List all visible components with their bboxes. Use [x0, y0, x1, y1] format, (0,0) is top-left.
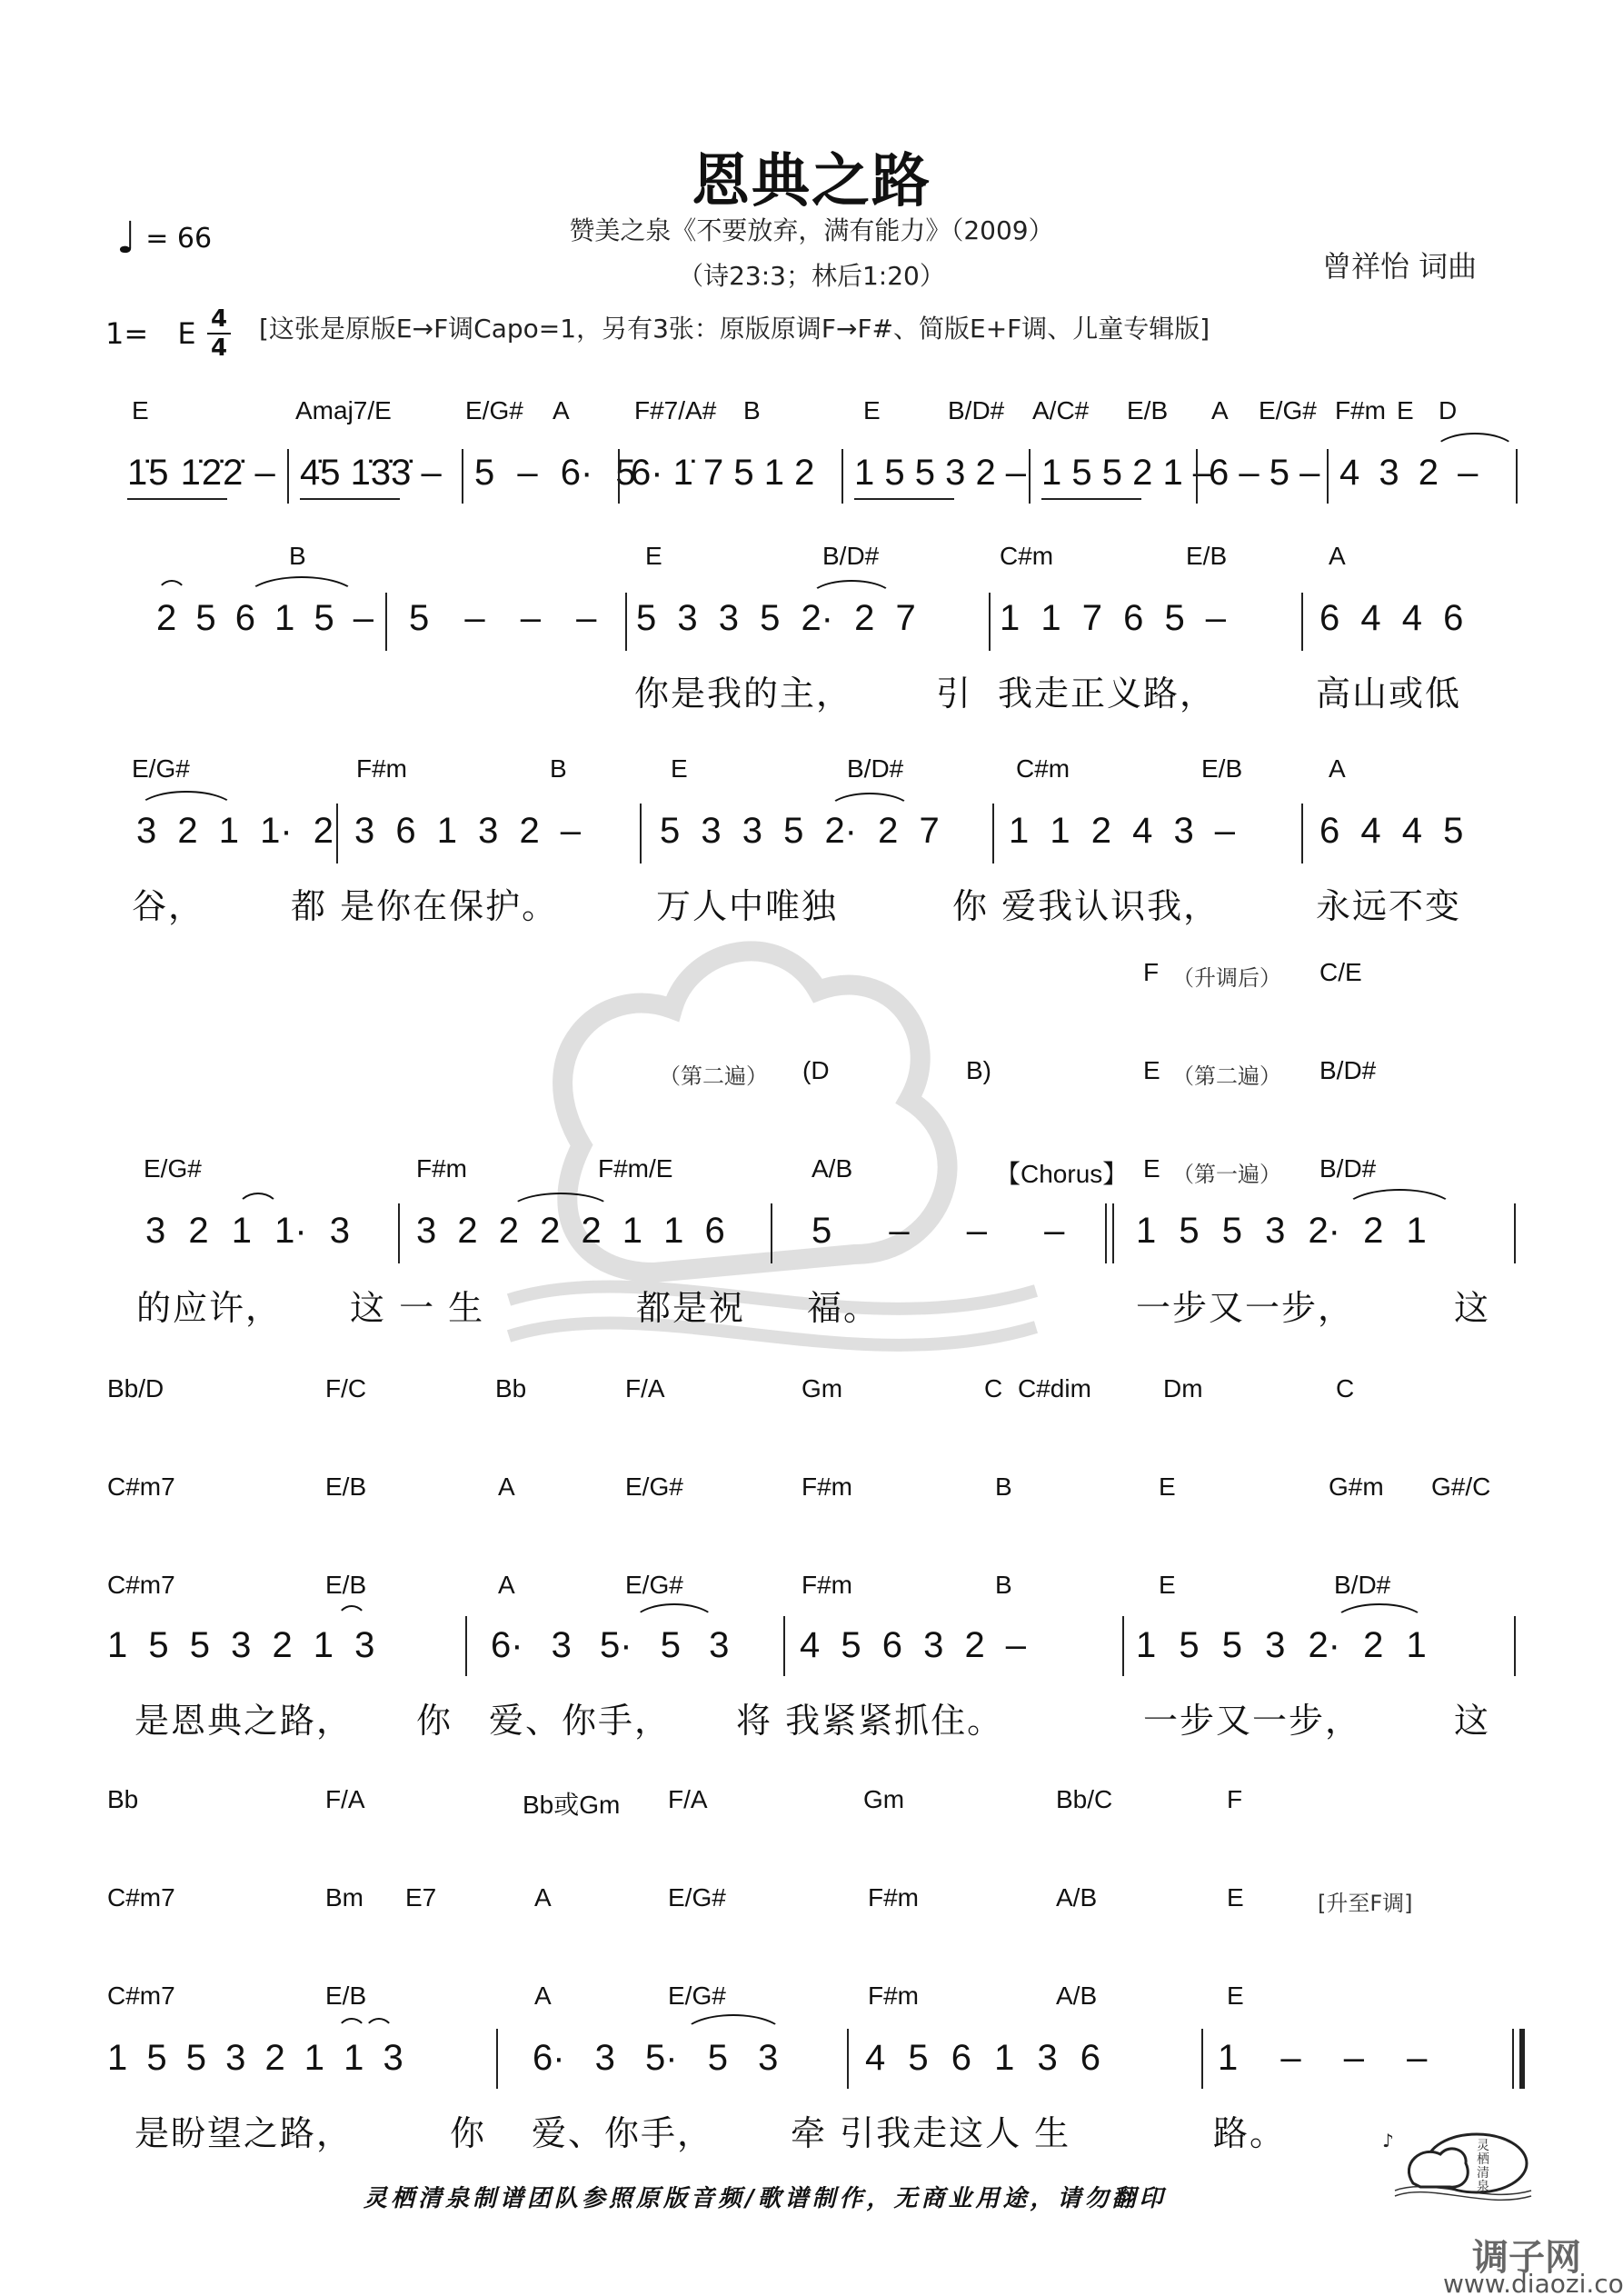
barline [385, 593, 387, 651]
alt-chord: Bb/C [1056, 1785, 1112, 1814]
chord: B [550, 754, 567, 784]
alt-chord: Gm [863, 1785, 904, 1814]
staff-row-4: 3 2 1 1· 3 3 2 2 2 2 1 1 6 5 – – – 1 5 5… [0, 1209, 1623, 1291]
barline [847, 2029, 849, 2089]
album-info: 赞美之泉《不要放弃，满有能力》（2009） [0, 211, 1623, 247]
barline [783, 1616, 785, 1676]
alt-chord: F [1227, 1785, 1242, 1814]
chord: C#m [1000, 542, 1053, 571]
lyric: 你 爱我认识我， [952, 878, 1220, 928]
lyric: 一步又一步， [1136, 1280, 1354, 1330]
chord: A [553, 396, 570, 425]
chord: B [743, 396, 761, 425]
barline [496, 2029, 498, 2089]
alt-chord-note: （第一遍） [1172, 1156, 1281, 1188]
measure: 2 5 6 1 5 – [156, 596, 373, 640]
lyric: 永远不变 [1316, 878, 1461, 928]
barline [1301, 804, 1303, 863]
barline [1196, 449, 1198, 504]
alt-chord: F [1143, 958, 1159, 987]
alt-chord: F#m [802, 1472, 852, 1502]
barline [1105, 1203, 1107, 1263]
chord: E [1397, 396, 1414, 425]
chord: E/B [1127, 396, 1168, 425]
alt-chord: F/C [325, 1374, 366, 1403]
footer-credit: 灵栖清泉制谱团队参照原版音频/歌谱制作，无商业用途，请勿翻印 [363, 2180, 1167, 2213]
chord: F#m [1335, 396, 1386, 425]
site-watermark-url: www.diaozi.com [1443, 2269, 1623, 2296]
alt-chord: Dm [1163, 1374, 1203, 1403]
chord: B/D# [1319, 1154, 1376, 1183]
measure: 6· 3 5· 5 3 [491, 1623, 729, 1667]
chord: E [645, 542, 662, 571]
tie-arc [156, 580, 187, 596]
measure: 3 2 1 1· 2 [136, 809, 334, 853]
chord: A [534, 1982, 552, 2011]
chord: A/C# [1032, 396, 1089, 425]
measure: 1 5 5 3 2 1 3 [107, 1623, 374, 1667]
tie-arc [632, 1603, 717, 1623]
chord: F#m [868, 1982, 919, 2011]
chord: C#m7 [107, 1571, 175, 1600]
chord: E [1143, 1154, 1160, 1183]
alt-chord: E [1227, 1883, 1244, 1912]
tie-arc [363, 2018, 394, 2034]
chord: E/G# [465, 396, 523, 425]
lyric: 都是祝 [636, 1280, 745, 1330]
final-barline-thick [1519, 2029, 1525, 2089]
alt-chord-note: （第二遍） [1172, 1058, 1281, 1090]
measure: 1 5 5 3 2· 2 1 [1136, 1623, 1427, 1667]
measure: 1 1 2 4 3 – [1009, 809, 1235, 853]
alt-chord: Gm [802, 1374, 842, 1403]
alt-chord: E7 [405, 1883, 436, 1912]
chord: E/B [325, 1982, 366, 2011]
measure: 1 5 5 3 2 1 1 3 [107, 2036, 403, 2080]
alt-chord: B [995, 1472, 1012, 1502]
measure: 6· 3 5· 5 3 [533, 2036, 778, 2080]
lyric: 这 [1454, 1280, 1490, 1330]
key-value: E [177, 316, 195, 351]
chord: A [1329, 754, 1346, 784]
chord: E/B [1186, 542, 1227, 571]
tie-arc [1432, 433, 1518, 453]
measure: 5 – 6· 5 [474, 451, 636, 494]
time-signature: 4 4 [207, 307, 231, 360]
alt-chord: G#/C [1431, 1472, 1490, 1502]
barline [618, 449, 620, 504]
alt-chord: E/G# [668, 1883, 726, 1912]
barline [640, 804, 642, 863]
alt-chord: A/B [1056, 1883, 1097, 1912]
barline [1201, 2029, 1203, 2089]
beam-underline [854, 498, 954, 500]
lyric: 我走正义路， [998, 665, 1216, 715]
barline [336, 804, 338, 863]
measure: 1 1 7 6 5 – [1000, 596, 1226, 640]
alt-chord: B/D# [1319, 1056, 1376, 1085]
chord: B/D# [1334, 1571, 1390, 1600]
lyric: 你 [416, 1692, 453, 1742]
sheep-logo-icon: ♪ [1377, 2127, 1540, 2209]
time-numerator: 4 [211, 305, 227, 333]
lyric: 这 [1454, 1692, 1490, 1742]
chord: F#m [416, 1154, 467, 1183]
chord: C#m7 [107, 1982, 175, 2011]
chord: E/G# [132, 754, 190, 784]
lyric: 都 是你在保护。 [291, 878, 558, 928]
chord: B [995, 1571, 1012, 1600]
chord: B/D# [948, 396, 1004, 425]
alt-chord: B) [966, 1056, 991, 1085]
chord: E [671, 754, 688, 784]
alt-chord: E/G# [625, 1472, 683, 1502]
chord: A [1211, 396, 1229, 425]
chord: E/G# [144, 1154, 202, 1183]
measure: 6· 1̇ 7 5 1 2 [631, 451, 814, 494]
lyric: 是盼望之路， [134, 2105, 353, 2155]
chord: E/G# [668, 1982, 726, 2011]
logo-text: 灵栖清泉 [1477, 2140, 1495, 2194]
barline [1327, 449, 1329, 504]
version-note: [这张是原版E→F调Capo=1，另有3张：原版原调F→F#、简版E+F调、儿童… [259, 309, 1210, 345]
lyric: 福。 [807, 1280, 880, 1330]
measure: 1 – – – [1218, 2036, 1427, 2080]
barline [1029, 449, 1031, 504]
tie-arc [336, 1605, 367, 1622]
tie-arc [682, 2014, 785, 2036]
tempo-value: = 66 [145, 223, 212, 255]
tie-arc [809, 580, 894, 598]
barline [841, 449, 843, 504]
alt-chord: Bb [495, 1374, 526, 1403]
lyric: 你 [450, 2105, 486, 2155]
barline [1514, 1616, 1516, 1676]
alt-chord: (D [802, 1056, 830, 1085]
chord: E [863, 396, 881, 425]
tie-arc [1343, 1189, 1456, 1211]
lyric: 爱、你手， [532, 2105, 713, 2155]
section-label-chorus: 【Chorus】 [995, 1154, 1128, 1191]
alt-chord-note: （第二遍） [659, 1058, 768, 1090]
lyric: 万人中唯独 [656, 878, 838, 928]
measure: 4 3 2 – [1339, 451, 1478, 494]
measure: 1̇5 1̇2̇2̇ – [127, 451, 276, 494]
chord: B/D# [847, 754, 903, 784]
chord: A/B [811, 1154, 852, 1183]
tie-arc [336, 2018, 367, 2034]
alt-chord: Bm [325, 1883, 363, 1912]
alt-chord-note: （升调后） [1172, 960, 1281, 992]
lingqi-logo: ♪ 灵栖清泉 [1377, 2127, 1540, 2209]
alt-chord: A [534, 1883, 552, 1912]
chord: F#7/A# [634, 396, 716, 425]
barline [625, 593, 627, 651]
final-barline-thin [1512, 2029, 1514, 2089]
measure: 6 4 4 6 [1319, 596, 1463, 640]
measure: 4̇5 1̇3̇3̇ – [300, 451, 442, 494]
measure: 5 3 3 5 2· 2 7 [660, 809, 940, 853]
measure: 5 3 3 5 2· 2 7 [636, 596, 916, 640]
chord: C#m [1016, 754, 1070, 784]
barline [992, 804, 994, 863]
beam-underline [300, 498, 400, 500]
barline [1301, 593, 1303, 651]
measure: 6 4 4 5 [1319, 809, 1463, 853]
alt-chord: C [984, 1374, 1002, 1403]
chord: A/B [1056, 1982, 1097, 2011]
beam-underline [127, 498, 227, 500]
lyric: 牵 引我走这人 生 [791, 2105, 1070, 2155]
tie-arc [136, 791, 236, 811]
lyric: 高山或低 [1316, 665, 1461, 715]
chord: Amaj7/E [295, 396, 392, 425]
barline [462, 449, 463, 504]
chord: A [498, 1571, 515, 1600]
barline [1516, 449, 1518, 504]
double-barline [1112, 1203, 1114, 1263]
lyric: 你是我的主， [634, 665, 852, 715]
chord: B [289, 542, 306, 571]
alt-chord: Bb/D [107, 1374, 164, 1403]
svg-text:♪: ♪ [1382, 2130, 1394, 2151]
tie-arc [245, 576, 358, 598]
lyric: 引 [936, 665, 972, 715]
watermark-sheep-icon [473, 873, 1054, 1382]
alt-chord: C/E [1319, 958, 1362, 987]
chord: E [1159, 1571, 1176, 1600]
lyric: 一步又一步， [1143, 1692, 1361, 1742]
lyric: 的应许， [136, 1280, 282, 1330]
alt-chord: E [1143, 1056, 1160, 1085]
measure: 3 2 2 2 2 1 1 6 [416, 1209, 725, 1253]
barline [398, 1203, 400, 1263]
measure: 1 5 5 3 2· 2 1 [1136, 1209, 1427, 1253]
lyric: 将 我紧紧抓住。 [736, 1692, 1003, 1742]
chord: E [132, 396, 149, 425]
measure: 5 – – – [409, 596, 596, 640]
key-signature: 1= E [105, 316, 196, 351]
alt-chord: A [498, 1472, 515, 1502]
barline [771, 1203, 772, 1263]
measure: 3 6 1 3 2 – [354, 809, 581, 853]
alt-chord: F/A [625, 1374, 665, 1403]
barline [1514, 1203, 1516, 1263]
song-title: 恩典之路 [0, 135, 1623, 218]
alt-chord: C [1336, 1374, 1354, 1403]
beam-underline [1041, 498, 1141, 500]
barline [989, 593, 991, 651]
alt-chord: F/A [668, 1785, 708, 1814]
alt-chord: C#m7 [107, 1883, 175, 1912]
alt-chord: E [1159, 1472, 1176, 1502]
tie-arc [827, 793, 912, 811]
lyric: 路。 [1213, 2105, 1286, 2155]
chord: E/B [325, 1571, 366, 1600]
chord: F#m [356, 754, 407, 784]
measure: 4 5 6 1 3 6 [865, 2036, 1100, 2080]
alt-chord: F#m [868, 1883, 919, 1912]
tie-arc [1332, 1603, 1427, 1623]
alt-chord: E/B [325, 1472, 366, 1502]
measure: 1 5 5 2 1 – [1041, 451, 1213, 494]
barline [287, 449, 289, 504]
tempo-marking: ♩ = 66 [116, 213, 212, 264]
key-change-note: [升至F调] [1318, 1885, 1413, 1917]
key-label: 1= [105, 316, 148, 351]
chord: E [1227, 1982, 1244, 2011]
measure: 1 5 5 3 2 – [854, 451, 1026, 494]
barline [1122, 1616, 1124, 1676]
alt-chord: F/A [325, 1785, 365, 1814]
alt-chord: G#m [1329, 1472, 1384, 1502]
chord: D [1439, 396, 1457, 425]
quarter-note-icon: ♩ [116, 213, 137, 264]
chord: F#m [802, 1571, 852, 1600]
alt-chord: C#m7 [107, 1472, 175, 1502]
barline [465, 1616, 467, 1676]
composer-credit: 曾祥怡 词曲 [1322, 244, 1477, 285]
measure: 6 – 5 – [1209, 451, 1319, 494]
time-denominator: 4 [211, 334, 227, 362]
chord: E/B [1201, 754, 1242, 784]
lyric: 这 一 生 [350, 1280, 484, 1330]
lyric: 爱、你手， [489, 1692, 671, 1742]
lyric: 是恩典之路， [134, 1692, 353, 1742]
staff-row-1: 1̇5 1̇2̇2̇ – 4̇5 1̇3̇3̇ – 5 – 6· 5 6· 1̇… [0, 451, 1623, 533]
tie-arc [236, 1193, 280, 1211]
chord: E/G# [625, 1571, 683, 1600]
measure: 4 5 6 3 2 – [800, 1623, 1026, 1667]
chord: A [1329, 542, 1346, 571]
measure: 3 2 1 1· 3 [145, 1209, 350, 1253]
alt-chord: C#dim [1018, 1374, 1091, 1403]
measure: 5 – – – [811, 1209, 1064, 1253]
alt-chord: Bb [107, 1785, 138, 1814]
chord: B/D# [822, 542, 879, 571]
alt-chord: Bb或Gm [523, 1785, 620, 1822]
lyric: 谷， [132, 878, 204, 928]
chord: E/G# [1259, 396, 1317, 425]
chord: F#m/E [598, 1154, 672, 1183]
